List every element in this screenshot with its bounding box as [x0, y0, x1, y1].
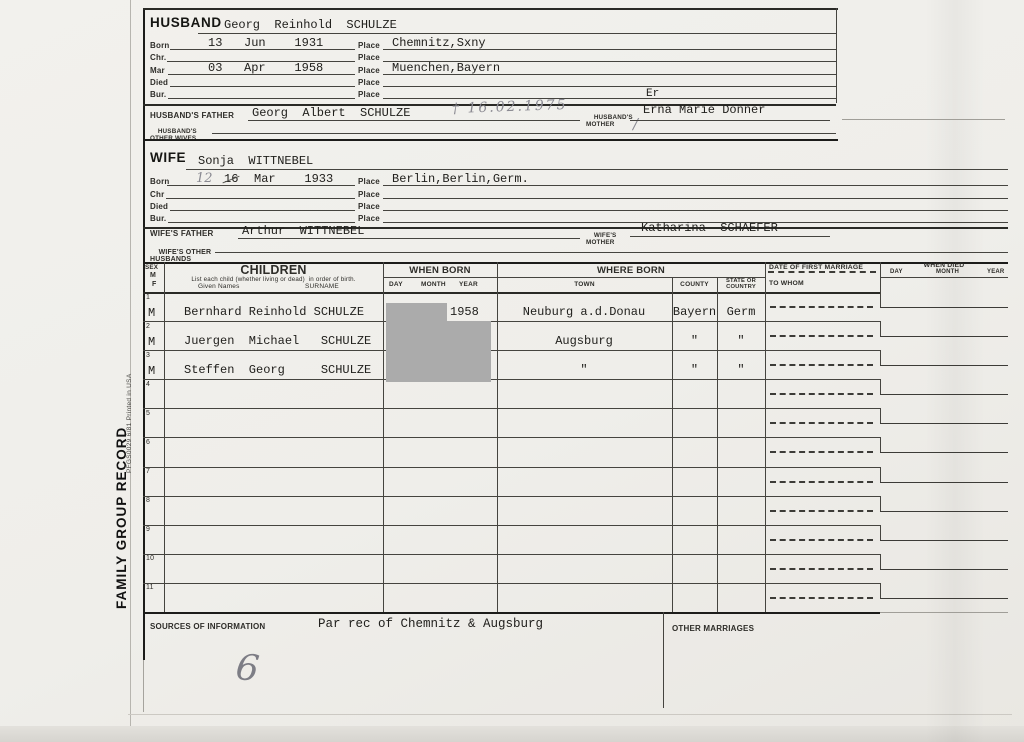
wife-mother-label: WIFE'SMOTHER — [586, 225, 616, 253]
marriage-entry-line — [770, 364, 873, 366]
sources-of-information-label: SOURCES OF INFORMATION — [150, 622, 265, 631]
form-line — [672, 277, 673, 612]
form-line — [630, 236, 830, 237]
table-row-separator — [143, 554, 880, 555]
sex-header-m: M — [150, 272, 156, 279]
husband-chr-label: Chr. — [150, 53, 166, 62]
when-died-entry-line — [880, 569, 1008, 570]
wife-chr-label: Chr — [150, 190, 164, 199]
husband-mother-typo: Er — [646, 88, 659, 100]
wife-chr-place-label: Place — [358, 190, 380, 199]
when-died-tick — [880, 321, 881, 336]
form-line — [170, 210, 355, 211]
marriage-header: DATE OF FIRST MARRIAGE — [769, 264, 863, 271]
husband-name: Georg Reinhold SCHULZE — [224, 18, 397, 32]
form-line — [238, 238, 580, 239]
form-line — [143, 8, 145, 660]
child-row-number: 1 — [146, 294, 150, 301]
handwritten-page-mark: 6 — [234, 647, 262, 690]
child-row-number: 7 — [146, 468, 150, 475]
form-line — [143, 139, 838, 141]
when-born-year: YEAR — [459, 281, 478, 288]
form-line — [143, 8, 838, 10]
marriage-to-whom: TO WHOM — [769, 280, 804, 287]
marriage-entry-line — [770, 422, 873, 424]
when-died-entry-line — [880, 307, 1008, 308]
form-line — [168, 74, 355, 75]
when-died-entry-line — [880, 598, 1008, 599]
when-died-entry-line — [880, 482, 1008, 483]
when-died-entry-line — [880, 452, 1008, 453]
child-sex: M — [148, 335, 155, 349]
child-row-number: 9 — [146, 526, 150, 533]
form-line — [383, 210, 1008, 211]
when-died-header: WHEN DIED — [880, 262, 1008, 269]
child-born-state: " — [717, 334, 765, 348]
marriage-entry-line — [770, 451, 873, 453]
child-born-county: Bayern — [672, 305, 717, 319]
husband-chr-place-label: Place — [358, 53, 380, 62]
children-header-given: Given Names — [198, 283, 240, 290]
child-born-town: Augsburg — [500, 334, 668, 348]
when-died-tick — [880, 292, 881, 307]
child-name: Juergen Michael SCHULZE — [184, 334, 371, 348]
when-died-tick — [880, 496, 881, 511]
husband-mother-label: HUSBAND'SMOTHER — [586, 107, 633, 135]
child-row-number: 6 — [146, 439, 150, 446]
children-header-sub: List each child (whether living or dead)… — [164, 276, 383, 283]
child-born-state: Germ — [717, 305, 765, 319]
marriage-entry-line — [770, 510, 873, 512]
when-died-month: MONTH — [936, 269, 959, 275]
wife-born-handwritten-day: 12 — [196, 171, 213, 186]
husband-died-place-label: Place — [358, 78, 380, 87]
table-row-separator — [143, 321, 880, 322]
form-line — [248, 120, 580, 121]
wife-father-label: WIFE'S FATHER — [150, 229, 213, 238]
where-born-header: WHERE BORN — [497, 265, 765, 276]
when-died-entry-line — [880, 336, 1008, 337]
children-header-title: CHILDREN — [164, 263, 383, 277]
paper-crease-shadow — [925, 0, 985, 742]
child-name: Steffen Georg SCHULZE — [184, 363, 371, 377]
paper-edge-line — [128, 714, 1012, 715]
form-line — [186, 169, 1008, 170]
form-line — [215, 252, 1008, 253]
husband-died-label: Died — [150, 78, 168, 87]
form-line — [170, 86, 355, 87]
paper-bottom-shadow — [0, 726, 1024, 742]
form-line — [383, 185, 1008, 186]
when-died-tick — [880, 467, 881, 482]
child-row-number: 8 — [146, 497, 150, 504]
wife-born-place: Berlin,Berlin,Germ. — [392, 172, 529, 186]
form-line — [383, 198, 1008, 199]
husband-mar-place-label: Place — [358, 66, 380, 75]
wife-mother-name: Katharina SCHAEFER — [641, 221, 778, 235]
wife-born-date: Mar 1933 — [254, 172, 333, 186]
scanned-family-group-record: PFGS0029 6/81 Printed in USA FAMILY GROU… — [0, 0, 1024, 742]
form-line — [768, 271, 876, 273]
table-row-separator — [143, 583, 880, 584]
where-born-town: TOWN — [497, 281, 672, 288]
marriage-entry-line — [770, 481, 873, 483]
form-line — [143, 612, 880, 614]
form-line — [170, 49, 355, 50]
wife-section-label: WIFE — [150, 150, 186, 165]
form-line — [168, 98, 355, 99]
husband-father-name: Georg Albert SCHULZE — [252, 106, 410, 120]
husband-mar-label: Mar — [150, 66, 165, 75]
marriage-entry-line — [770, 306, 873, 308]
when-died-entry-line — [880, 394, 1008, 395]
husband-section-label: HUSBAND — [150, 15, 222, 30]
child-name: Bernhard Reinhold SCHULZE — [184, 305, 364, 319]
wife-born-place-label: Place — [358, 177, 380, 186]
form-line — [168, 222, 355, 223]
wife-died-label: Died — [150, 202, 168, 211]
child-born-town: Neuburg a.d.Donau — [500, 305, 668, 319]
child-born-town: " — [500, 363, 668, 377]
when-born-month: MONTH — [421, 281, 446, 288]
husband-bur-label: Bur. — [150, 90, 166, 99]
when-died-tick — [880, 525, 881, 540]
when-died-entry-line — [880, 540, 1008, 541]
husband-bur-place-label: Place — [358, 90, 380, 99]
form-line — [143, 660, 144, 712]
form-line — [212, 133, 836, 134]
when-died-tick — [880, 554, 881, 569]
when-died-day: DAY — [890, 269, 903, 275]
form-line — [717, 277, 718, 612]
when-born-header: WHEN BORN — [383, 265, 497, 276]
husband-born-label: Born — [150, 41, 169, 50]
sex-header-f: F — [152, 281, 156, 288]
when-died-entry-line — [880, 423, 1008, 424]
when-died-entry-line — [880, 365, 1008, 366]
table-row-separator — [143, 525, 880, 526]
form-line — [143, 292, 880, 294]
where-born-county: COUNTY — [672, 281, 717, 288]
form-line — [383, 98, 836, 99]
husband-mar-place: Muenchen,Bayern — [392, 61, 500, 75]
child-row-number: 4 — [146, 381, 150, 388]
when-died-tick — [880, 379, 881, 394]
marriage-entry-line — [770, 539, 873, 541]
wife-born-struck-day: 16 — [224, 172, 238, 186]
where-born-state-2: COUNTRY — [717, 284, 765, 290]
child-born-year: 1958 — [450, 305, 479, 319]
when-died-entry-line — [880, 511, 1008, 512]
when-died-year: YEAR — [987, 269, 1004, 275]
child-born-state: " — [717, 363, 765, 377]
when-died-tick — [880, 408, 881, 423]
children-header-surname: SURNAME — [305, 283, 339, 290]
redaction-box-rows2-3 — [386, 321, 491, 382]
husband-born-date: 13 Jun 1931 — [208, 36, 323, 50]
marriage-entry-line — [770, 393, 873, 395]
form-line — [383, 74, 836, 75]
husband-father-death-note-handwritten: † 16.02.1975 — [452, 97, 568, 117]
other-marriages-label: OTHER MARRIAGES — [672, 624, 754, 633]
table-row-separator — [143, 350, 880, 351]
sources-of-information-value: Par rec of Chemnitz & Augsburg — [318, 617, 543, 631]
child-row-number: 10 — [146, 555, 154, 562]
form-line — [167, 185, 355, 186]
form-line — [663, 612, 664, 708]
husband-born-place-label: Place — [358, 41, 380, 50]
wife-name: Sonja WITTNEBEL — [198, 154, 313, 168]
child-row-number: 11 — [146, 584, 154, 591]
form-line — [198, 33, 836, 34]
marriage-entry-line — [770, 335, 873, 337]
when-died-tick — [880, 583, 881, 598]
marriage-entry-line — [770, 597, 873, 599]
table-row-separator — [143, 437, 880, 438]
husband-mother-name: Erna Marie Donner — [643, 103, 765, 117]
when-died-tick — [880, 437, 881, 452]
wife-died-place-label: Place — [358, 202, 380, 211]
table-row-separator — [143, 379, 880, 380]
form-line — [383, 49, 836, 50]
child-sex: M — [148, 364, 155, 378]
redaction-box-row1 — [386, 303, 447, 321]
form-line — [880, 612, 1008, 613]
when-died-tick — [880, 350, 881, 365]
form-line — [842, 119, 1005, 120]
form-line — [630, 120, 830, 121]
wife-father-name: Arthur WITTNEBEL — [242, 224, 364, 238]
form-title-vertical-text: FAMILY GROUP RECORD — [114, 404, 134, 609]
form-line — [383, 277, 765, 278]
table-row-separator — [143, 467, 880, 468]
child-born-county: " — [672, 363, 717, 377]
child-row-number: 3 — [146, 352, 150, 359]
form-line — [836, 8, 837, 103]
wife-bur-label: Bur. — [150, 214, 166, 223]
table-row-separator — [143, 408, 880, 409]
child-born-county: " — [672, 334, 717, 348]
husband-mar-date: 03 Apr 1958 — [208, 61, 323, 75]
husband-mother-mark-handwritten: / — [633, 115, 638, 133]
child-row-number: 2 — [146, 323, 150, 330]
form-line — [383, 86, 836, 87]
husband-other-wives-label: HUSBAND'SOTHER WIVES — [150, 121, 197, 149]
form-line — [880, 277, 1008, 278]
husband-father-label: HUSBAND'S FATHER — [150, 111, 234, 120]
table-row-separator — [143, 496, 880, 497]
sex-header: SEX — [145, 264, 158, 271]
wife-bur-place-label: Place — [358, 214, 380, 223]
child-row-number: 5 — [146, 410, 150, 417]
marriage-entry-line — [770, 568, 873, 570]
child-sex: M — [148, 306, 155, 320]
husband-born-place: Chemnitz,Sxny — [392, 36, 486, 50]
form-line — [166, 198, 355, 199]
when-born-day: DAY — [389, 281, 403, 288]
